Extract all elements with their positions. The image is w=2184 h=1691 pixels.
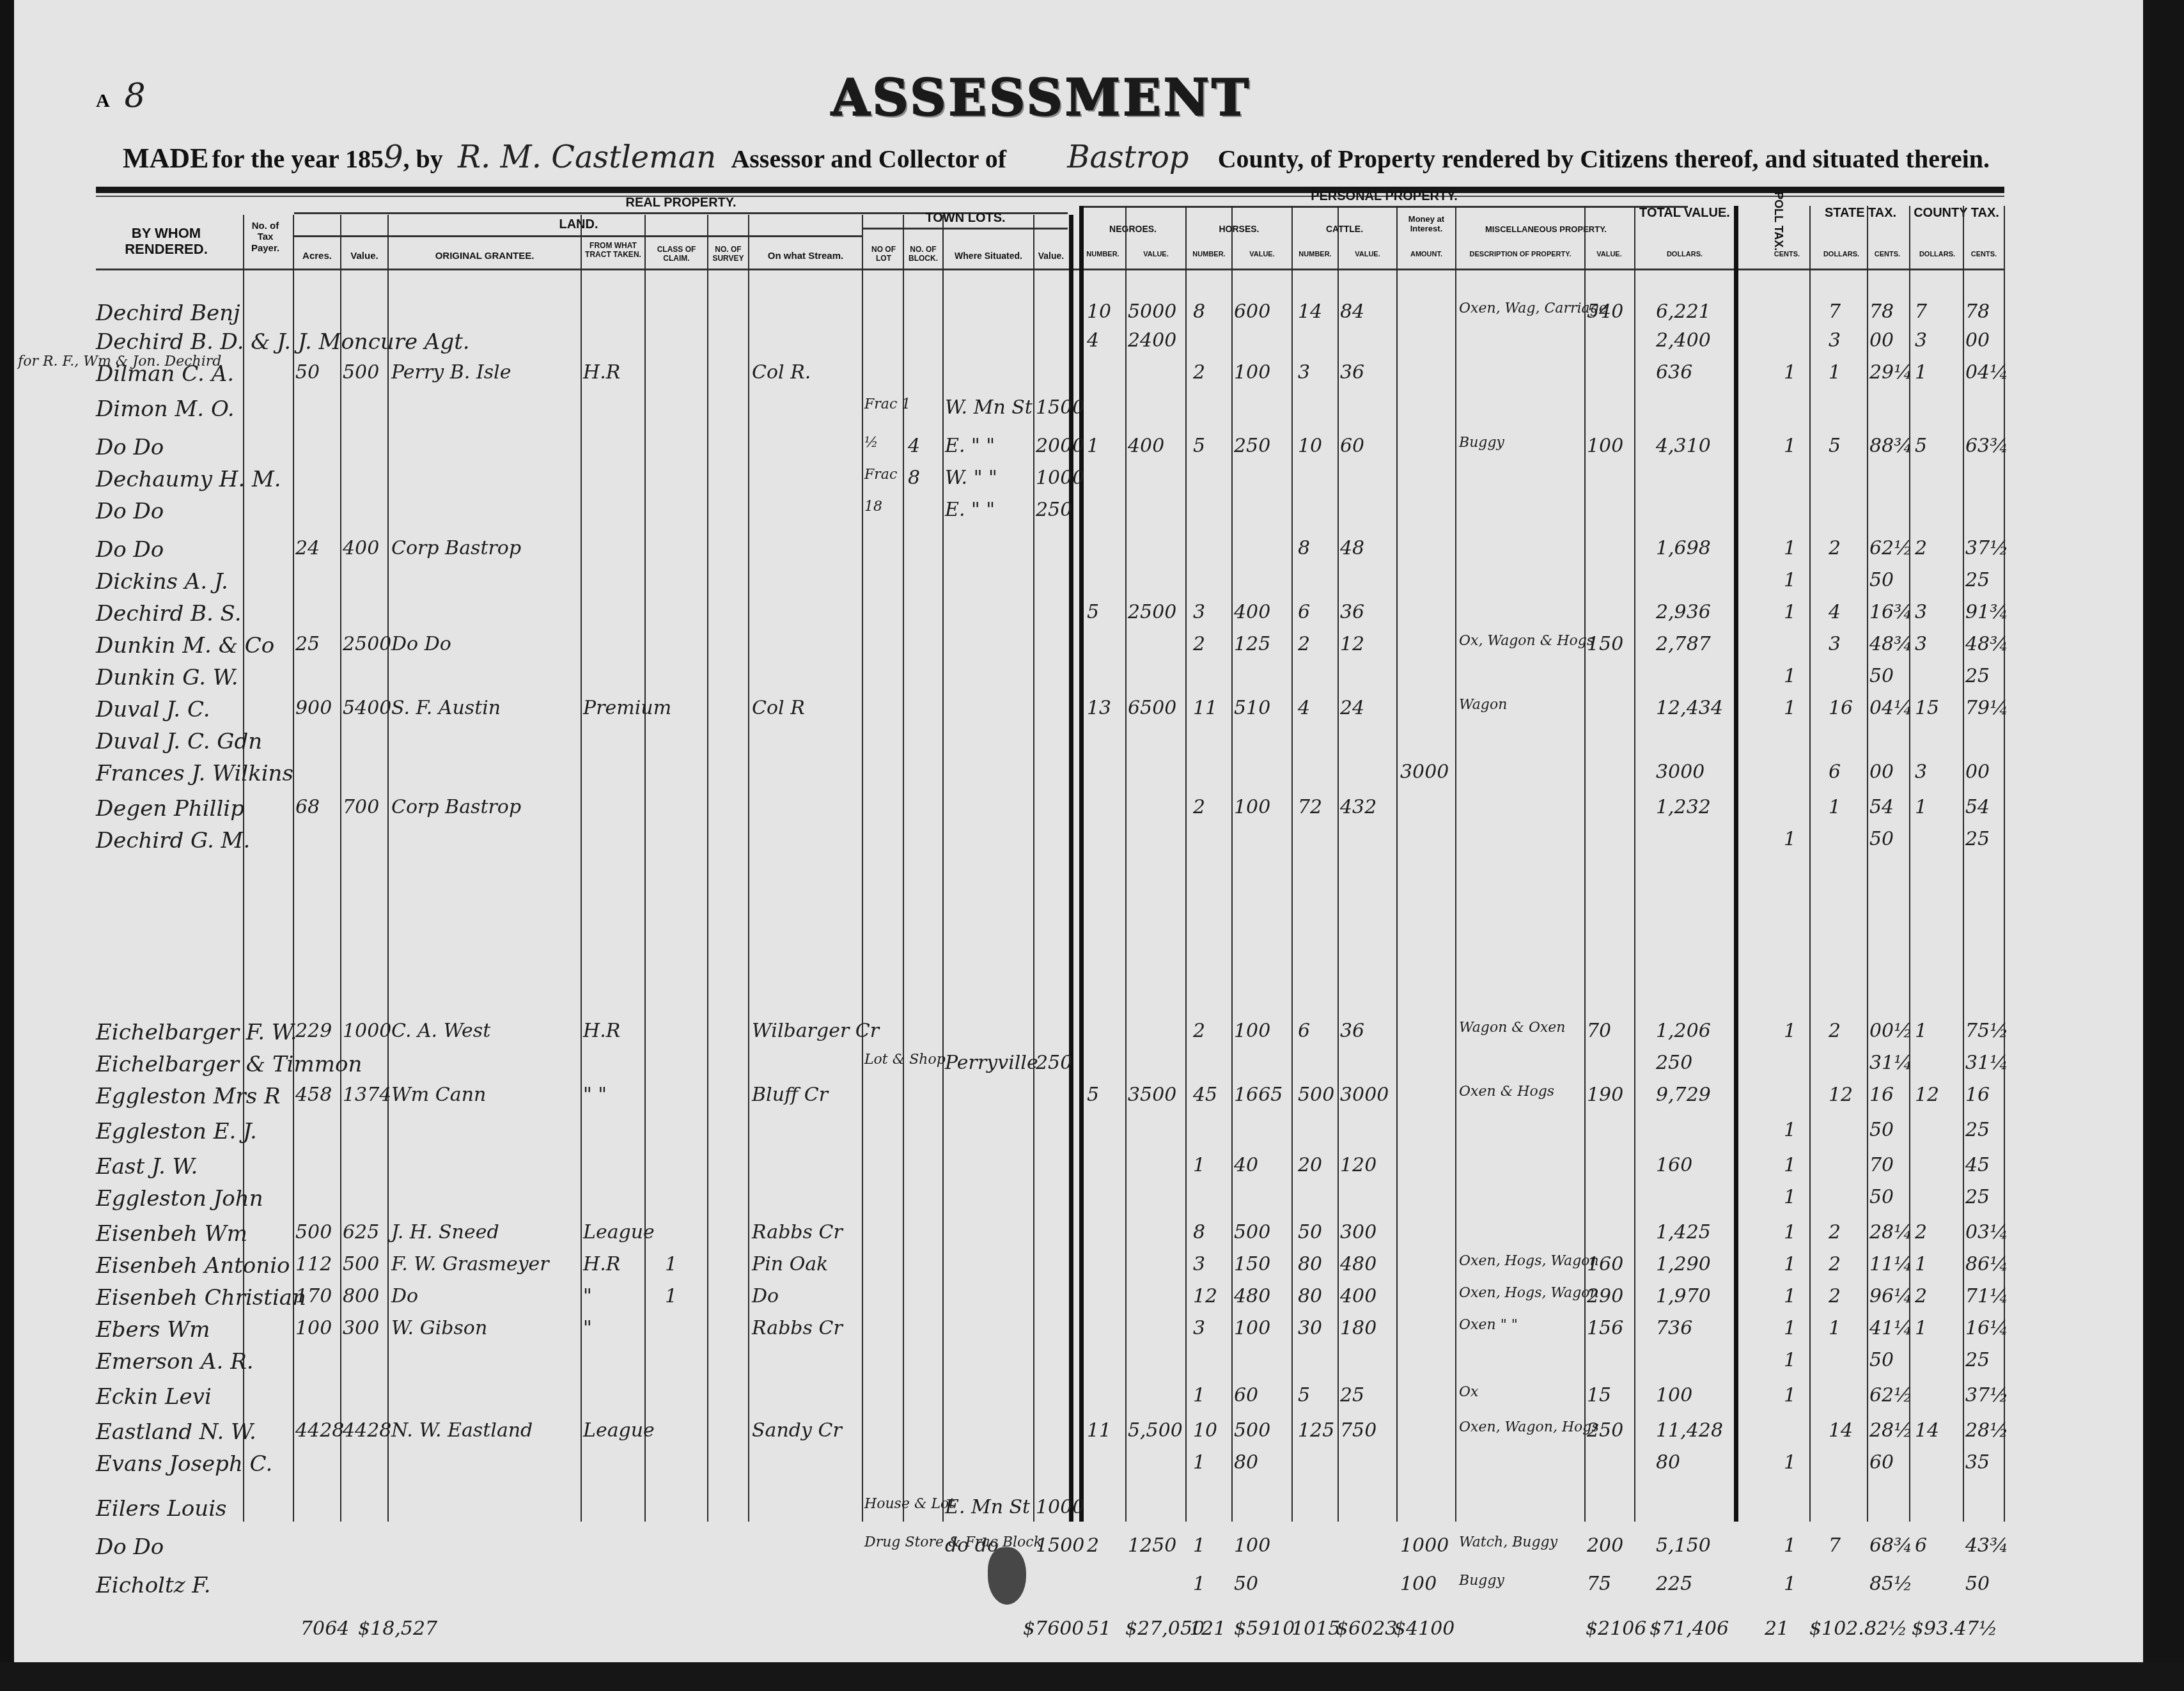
total-misc: $2106 (1586, 1617, 1646, 1640)
cell-co-c: 25 (1965, 828, 1990, 850)
cell-hor-v: 500 (1234, 1221, 1270, 1243)
total-cattle-v: $6023 (1336, 1617, 1397, 1640)
cell-lot-v: 1500 (1036, 396, 1084, 419)
cell-st-d: 2 (1829, 1253, 1841, 1275)
cell-co-c: 75½ (1965, 1020, 2008, 1042)
cell-cat-v: 36 (1340, 1020, 1364, 1042)
cell-cat-n: 2 (1298, 633, 1310, 655)
cell-co-d: 2 (1915, 537, 1927, 559)
cell-name: Frances J. Wilkins (96, 761, 293, 786)
cell-misc-desc: Oxen & Hogs (1459, 1084, 1554, 1100)
cell-total: 636 (1656, 361, 1692, 384)
cell-tract: " " (583, 1084, 607, 1106)
cell-total: 3000 (1656, 761, 1704, 783)
cell-poll: 1 (1784, 1221, 1796, 1243)
col-header-acres: Acres. (294, 251, 340, 261)
divider (863, 228, 1068, 230)
cell-misc-desc: Oxen, Hogs, Wagon (1459, 1285, 1599, 1301)
cell-lot-v: 1500 (1036, 1534, 1084, 1557)
col-header-taxpayer-no: No. of Tax Payer. (246, 221, 285, 254)
cell-stream: Do (752, 1285, 779, 1307)
cell-st-c: 88¾ (1869, 435, 1912, 457)
cell-hor-n: 2 (1193, 1020, 1205, 1042)
cell-st-c: 68¾ (1869, 1534, 1912, 1557)
cell-cat-v: 36 (1340, 601, 1364, 623)
cell-misc-desc: Oxen, Hogs, Wagon (1459, 1253, 1599, 1269)
cell-st-d: 4 (1829, 601, 1841, 623)
assessor-name: R. M. Castleman (458, 139, 716, 175)
cell-misc-desc: Watch, Buggy (1459, 1534, 1557, 1550)
cell-co-c: 31¼ (1965, 1052, 2008, 1074)
cell-hor-v: 60 (1234, 1384, 1258, 1407)
cell-st-c: 50 (1869, 1119, 1894, 1141)
cell-acres: 25 (295, 633, 320, 655)
cell-name: Duval J. C. (96, 697, 210, 722)
cell-co-d: 5 (1915, 435, 1927, 457)
cell-co-d: 6 (1915, 1534, 1927, 1557)
cell-co-c: 86¼ (1965, 1253, 2008, 1275)
col-header-class-of-claim: CLASS OF CLAIM. (646, 245, 707, 263)
cell-poll: 1 (1784, 537, 1796, 559)
cell-claim: 1 (665, 1285, 677, 1307)
cell-neg-n: 4 (1087, 329, 1099, 352)
cell-name: Do Do (96, 499, 164, 524)
cell-misc-desc: Buggy (1459, 1573, 1504, 1589)
cell-land-v: 625 (343, 1221, 379, 1243)
cell-situated: E. " " (945, 499, 995, 521)
page-number: 8 (124, 77, 145, 115)
cell-st-d: 16 (1829, 697, 1853, 719)
cell-name: Eisenbeh Christian (96, 1285, 306, 1311)
group-header-negroes: NEGROES. (1080, 224, 1185, 234)
column-divider (1185, 206, 1187, 1522)
cell-neg-n: 2 (1087, 1534, 1099, 1557)
year-label: for the year 185 (212, 144, 384, 173)
cell-st-c: 62½ (1869, 537, 1912, 559)
cell-st-d: 6 (1829, 761, 1841, 783)
cell-land-v: 800 (343, 1285, 379, 1307)
column-divider (387, 215, 389, 1522)
cell-total: 250 (1656, 1052, 1692, 1074)
cell-misc-desc: Ox, Wagon & Hogs (1459, 633, 1594, 649)
cell-situated: Perryville (945, 1052, 1038, 1074)
cell-grantee: S. F. Austin (391, 697, 501, 719)
cell-hor-n: 1 (1193, 1534, 1205, 1557)
cell-cat-n: 80 (1298, 1253, 1322, 1275)
cell-cat-n: 125 (1298, 1419, 1334, 1442)
cell-name: Eisenbeh Antonio (96, 1253, 290, 1279)
col-header-county-cents: CENTS. (1964, 251, 2004, 259)
cell-st-c: 00½ (1869, 1020, 1912, 1042)
cell-total: 1,425 (1656, 1221, 1711, 1243)
cell-misc-v: 150 (1587, 633, 1623, 655)
col-header-negroes-value: VALUE. (1127, 251, 1185, 259)
cell-st-c: 28½ (1869, 1419, 1912, 1442)
cell-poll: 1 (1784, 697, 1796, 719)
cell-acres: 112 (295, 1253, 332, 1275)
col-header-description: DESCRIPTION OF PROPERTY. (1456, 251, 1584, 259)
cell-co-d: 3 (1915, 633, 1927, 655)
cell-cat-n: 14 (1298, 300, 1322, 323)
cell-cat-n: 500 (1298, 1084, 1334, 1106)
cell-acres: 458 (295, 1084, 332, 1106)
cell-misc-v: 15 (1587, 1384, 1611, 1407)
cell-acres: 4428 (295, 1419, 344, 1442)
cell-hor-n: 2 (1193, 361, 1205, 384)
cell-co-d: 14 (1915, 1419, 1939, 1442)
group-header-misc-property: MISCELLANEOUS PROPERTY. (1456, 225, 1635, 235)
cell-total: 225 (1656, 1573, 1692, 1595)
cell-total: 100 (1656, 1384, 1692, 1407)
cell-cat-n: 8 (1298, 537, 1310, 559)
cell-name: Evans Joseph C. (96, 1451, 272, 1477)
column-divider (1634, 206, 1635, 1522)
col-header-total-dollars: DOLLARS. (1637, 251, 1733, 259)
cell-co-c: 25 (1965, 665, 1990, 687)
column-divider (243, 215, 244, 1522)
cell-name: Dechird G. M. (96, 828, 250, 853)
cell-cat-v: 3000 (1340, 1084, 1389, 1106)
cell-name: Dickins A. J. (96, 569, 228, 595)
cell-co-d: 1 (1915, 1253, 1927, 1275)
cell-lot: 18 (864, 499, 882, 515)
cell-name: Eggleston John (96, 1186, 263, 1212)
column-divider (1231, 206, 1233, 1522)
cell-st-c: 50 (1869, 1186, 1894, 1208)
cell-block: 4 (908, 435, 920, 457)
cell-cat-v: 300 (1340, 1221, 1377, 1243)
page-mark: A 8 (96, 77, 145, 115)
cell-land-v: 2500 (343, 633, 391, 655)
cell-co-d: 3 (1915, 329, 1927, 352)
cell-grantee: J. H. Sneed (391, 1221, 499, 1243)
cell-misc-desc: Wagon (1459, 697, 1507, 713)
cell-st-c: 54 (1869, 796, 1894, 818)
cell-total: 2,400 (1656, 329, 1711, 352)
cell-co-d: 1 (1915, 796, 1927, 818)
cell-name: Eichelbarger F. W. (96, 1020, 297, 1045)
column-divider (1584, 206, 1586, 1522)
col-header-horses-value: VALUE. (1233, 251, 1291, 259)
cell-neg-n: 13 (1087, 697, 1111, 719)
col-header-amount: AMOUNT. (1398, 251, 1455, 259)
cell-st-c: 48¾ (1869, 633, 1912, 655)
cell-name: Dimon M. O. (96, 396, 235, 422)
column-divider (942, 215, 944, 1522)
total-county-tax: $93.47½ (1912, 1617, 1997, 1640)
column-divider (862, 215, 863, 1522)
column-divider (1033, 215, 1034, 1522)
group-header-town-lots: TOWN LOTS. (863, 211, 1068, 226)
cell-co-c: 78 (1965, 300, 1990, 323)
cell-poll: 1 (1784, 1285, 1796, 1307)
cell-situated: do do (945, 1534, 999, 1557)
cell-tract: H.R (583, 1020, 620, 1042)
total-land-value: $18,527 (358, 1617, 437, 1640)
cell-name: Duval J. C. Gdn (96, 729, 262, 754)
cell-co-c: 37½ (1965, 537, 2008, 559)
cell-acres: 50 (295, 361, 320, 384)
cell-name: Dechird B. D. & J. J. Moncure Agt. (96, 329, 470, 355)
col-header-no-of-block: NO. OF BLOCK. (904, 245, 942, 263)
cell-hor-v: 100 (1234, 361, 1270, 384)
cell-acres: 24 (295, 537, 320, 559)
total-horses-n: 121 (1189, 1617, 1226, 1640)
cell-name: Eichelbarger & Timmon (96, 1052, 362, 1077)
cell-cat-n: 20 (1298, 1154, 1322, 1176)
cell-hor-v: 1665 (1234, 1084, 1283, 1106)
cell-co-c: 25 (1965, 569, 1990, 591)
cell-name: Eggleston Mrs R (96, 1084, 281, 1109)
column-divider (1963, 206, 1964, 1522)
cell-st-d: 1 (1829, 361, 1841, 384)
column-divider (1455, 206, 1456, 1522)
cell-st-c: 50 (1869, 569, 1894, 591)
cell-stream: Rabbs Cr (752, 1317, 843, 1339)
cell-hor-n: 10 (1193, 1419, 1217, 1442)
cell-grantee: Corp Bastrop (391, 796, 521, 818)
cell-name: Eastland N. W. (96, 1419, 256, 1445)
cell-cat-n: 6 (1298, 601, 1310, 623)
cell-name: Eicholtz F. (96, 1573, 210, 1598)
column-divider (1291, 206, 1293, 1522)
cell-total: 1,698 (1656, 537, 1711, 559)
cell-st-c: 85½ (1869, 1573, 1912, 1595)
cell-co-c: 35 (1965, 1451, 1990, 1474)
cell-land-v: 5400 (343, 697, 391, 719)
cell-st-c: 04¼ (1869, 697, 1912, 719)
cell-cat-v: 48 (1340, 537, 1364, 559)
total-cattle-n: 1015 (1291, 1617, 1340, 1640)
cell-cat-v: 480 (1340, 1253, 1377, 1275)
cell-co-d: 1 (1915, 1020, 1927, 1042)
cell-st-c: 60 (1869, 1451, 1894, 1474)
cell-poll: 1 (1784, 665, 1796, 687)
assessor-label: Assessor and Collector of (731, 144, 1006, 173)
cell-co-c: 91¾ (1965, 601, 2008, 623)
cell-co-c: 00 (1965, 329, 1990, 352)
cell-co-c: 28½ (1965, 1419, 2008, 1442)
cell-total: 9,729 (1656, 1084, 1711, 1106)
divider (294, 235, 863, 237)
column-divider (748, 215, 749, 1522)
cell-lot-v: 250 (1036, 499, 1072, 521)
cell-hor-v: 600 (1234, 300, 1270, 323)
total-negroes-n: 51 (1087, 1617, 1111, 1640)
cell-poll: 1 (1784, 1317, 1796, 1339)
col-header-state-tax: STATE TAX. (1816, 206, 1905, 221)
cell-grantee: C. A. West (391, 1020, 490, 1042)
col-header-county-tax: COUNTY TAX. (1912, 206, 2001, 221)
column-divider (1734, 206, 1738, 1522)
cell-land-v: 1000 (343, 1020, 391, 1042)
cell-name: Eggleston E. J. (96, 1119, 257, 1144)
cell-cat-n: 6 (1298, 1020, 1310, 1042)
total-state-tax: $102.82½ (1809, 1617, 1907, 1640)
cell-co-c: 54 (1965, 796, 1990, 818)
cell-situated: E. Mn St (945, 1496, 1030, 1518)
cell-neg-v: 3500 (1128, 1084, 1176, 1106)
cell-poll: 1 (1784, 1534, 1796, 1557)
cell-tract: " (583, 1285, 592, 1307)
cell-st-d: 2 (1829, 1020, 1841, 1042)
cell-co-c: 16¼ (1965, 1317, 2008, 1339)
cell-stream: Pin Oak (752, 1253, 828, 1275)
cell-total: 5,150 (1656, 1534, 1711, 1557)
col-header-cattle-number: NUMBER. (1293, 251, 1338, 259)
cell-misc-v: 540 (1587, 300, 1623, 323)
cell-co-d: 2 (1915, 1285, 1927, 1307)
cell-name: Do Do (96, 1534, 164, 1560)
cell-tract: League (583, 1419, 655, 1442)
cell-stream: Col R (752, 697, 805, 719)
cell-misc-desc: Ox (1459, 1384, 1478, 1400)
cell-hor-v: 80 (1234, 1451, 1258, 1474)
cell-cat-n: 4 (1298, 697, 1310, 719)
cell-total: 12,434 (1656, 697, 1723, 719)
cell-hor-v: 510 (1234, 697, 1270, 719)
cell-poll: 1 (1784, 435, 1796, 457)
cell-st-c: 50 (1869, 665, 1894, 687)
cell-acres: 68 (295, 796, 320, 818)
cell-cat-n: 3 (1298, 361, 1310, 384)
cell-situated: W. Mn St (945, 396, 1033, 419)
cell-st-d: 3 (1829, 329, 1841, 352)
cell-st-c: 00 (1869, 329, 1894, 352)
cell-cat-n: 5 (1298, 1384, 1310, 1407)
col-header-no-of-survey: NO. OF SURVEY (708, 245, 748, 263)
cell-grantee: N. W. Eastland (391, 1419, 533, 1442)
col-header-state-dollars: DOLLARS. (1816, 251, 1867, 259)
cell-name: Dunkin G. W. (96, 665, 238, 690)
cell-hor-n: 1 (1193, 1384, 1205, 1407)
header-bottom-rule (96, 269, 2004, 270)
cell-st-c: 78 (1869, 300, 1894, 323)
column-divider (340, 215, 341, 1522)
cell-neg-n: 10 (1087, 300, 1111, 323)
cell-land-v: 700 (343, 796, 379, 818)
cell-grantee: W. Gibson (391, 1317, 487, 1339)
cell-acres: 100 (295, 1317, 332, 1339)
cell-hor-v: 400 (1234, 601, 1270, 623)
cell-tract: " (583, 1317, 592, 1339)
cell-neg-n: 11 (1087, 1419, 1111, 1442)
cell-hor-n: 1 (1193, 1573, 1205, 1595)
cell-cat-v: 12 (1340, 633, 1364, 655)
cell-co-d: 3 (1915, 601, 1927, 623)
cell-cat-v: 24 (1340, 697, 1364, 719)
cell-cat-v: 60 (1340, 435, 1364, 457)
cell-st-c: 16¾ (1869, 601, 1912, 623)
cell-land-v: 300 (343, 1317, 379, 1339)
cell-st-c: 11¼ (1869, 1253, 1912, 1275)
cell-poll: 1 (1784, 1253, 1796, 1275)
col-header-on-what-stream: On what Stream. (749, 251, 862, 261)
cell-hor-n: 11 (1193, 697, 1217, 719)
cell-hor-n: 2 (1193, 633, 1205, 655)
cell-money: 1000 (1400, 1534, 1449, 1557)
document-subtitle: MADE for the year 1859, by R. M. Castlem… (123, 139, 1990, 184)
cell-name: Dechird B. S. (96, 601, 242, 627)
cell-misc-v: 156 (1587, 1317, 1623, 1339)
cell-acres: 170 (295, 1285, 332, 1307)
cell-lot: Lot & Shop (864, 1052, 946, 1068)
cell-stream: Sandy Cr (752, 1419, 842, 1442)
document-title: ASSESSMENT (831, 69, 1221, 127)
column-divider (1338, 206, 1339, 1522)
cell-misc-v: 70 (1587, 1020, 1611, 1042)
cell-hor-n: 8 (1193, 300, 1205, 323)
cell-total: 2,787 (1656, 633, 1711, 655)
cell-st-d: 12 (1829, 1084, 1853, 1106)
cell-co-c: 00 (1965, 761, 1990, 783)
cell-hor-n: 3 (1193, 1253, 1205, 1275)
cell-misc-v: 160 (1587, 1253, 1623, 1275)
cell-total: 736 (1656, 1317, 1692, 1339)
cell-co-d: 2 (1915, 1221, 1927, 1243)
cell-st-c: 28¼ (1869, 1221, 1912, 1243)
cell-misc-desc: Wagon & Oxen (1459, 1020, 1566, 1036)
county-name: Bastrop (1067, 139, 1189, 175)
cell-lot: Frac (864, 467, 897, 483)
cell-block: 8 (908, 467, 920, 489)
cell-cat-v: 180 (1340, 1317, 1377, 1339)
cell-lot-v: 1000 (1036, 467, 1084, 489)
scan-bottom-border (0, 1662, 2184, 1691)
col-header-poll-tax: POLL TAX. (1766, 192, 1785, 251)
cell-st-d: 2 (1829, 1285, 1841, 1307)
cell-name: Dunkin M. & Co (96, 633, 274, 658)
cell-hor-v: 125 (1234, 633, 1270, 655)
cell-co-c: 16 (1965, 1084, 1990, 1106)
cell-hor-n: 2 (1193, 796, 1205, 818)
cell-lot-v: 2000 (1036, 435, 1084, 457)
cell-misc-v: 190 (1587, 1084, 1623, 1106)
cell-hor-v: 100 (1234, 1317, 1270, 1339)
cell-land-v: 1374 (343, 1084, 391, 1106)
cell-hor-n: 8 (1193, 1221, 1205, 1243)
col-header-county-dollars: DOLLARS. (1912, 251, 1963, 259)
total-poll: 21 (1765, 1617, 1789, 1640)
col-header-negroes-number: NUMBER. (1080, 251, 1125, 259)
group-header-land: LAND. (294, 217, 863, 232)
cell-hor-v: 100 (1234, 1534, 1270, 1557)
col-header-horses-number: NUMBER. (1187, 251, 1231, 259)
cell-st-c: 41¼ (1869, 1317, 1912, 1339)
cell-co-c: 43¾ (1965, 1534, 2008, 1557)
cell-st-c: 50 (1869, 828, 1894, 850)
cell-land-v: 500 (343, 1253, 379, 1275)
cell-stream: Rabbs Cr (752, 1221, 843, 1243)
cell-co-c: 03¼ (1965, 1221, 2008, 1243)
cell-co-d: 3 (1915, 761, 1927, 783)
cell-tract: Premium (583, 697, 671, 719)
cell-hor-n: 45 (1193, 1084, 1217, 1106)
cell-poll: 1 (1784, 1573, 1796, 1595)
cell-st-c: 70 (1869, 1154, 1894, 1176)
cell-st-d: 2 (1829, 1221, 1841, 1243)
cell-neg-v: 400 (1128, 435, 1164, 457)
cell-co-c: 25 (1965, 1119, 1990, 1141)
cell-total: 1,290 (1656, 1253, 1711, 1275)
by-label: , by (403, 144, 443, 173)
cell-poll: 1 (1784, 569, 1796, 591)
cell-situated: W. " " (945, 467, 997, 489)
cell-st-d: 1 (1829, 796, 1841, 818)
cell-co-d: 7 (1915, 300, 1927, 323)
cell-hor-n: 1 (1193, 1451, 1205, 1474)
cell-poll: 1 (1784, 1349, 1796, 1371)
